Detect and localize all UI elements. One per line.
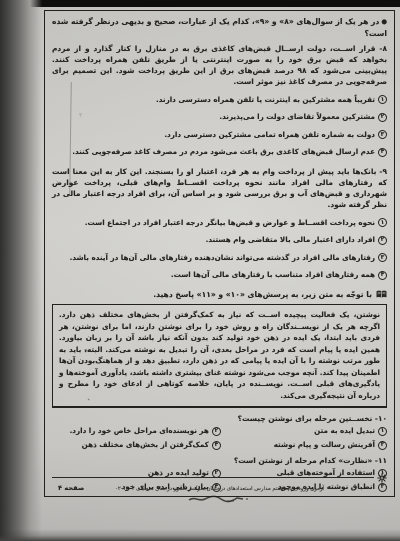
question-9: ۹- بانک‌ها باید پیش از پرداخت وام به هر … (52, 166, 387, 280)
option-text: عدم ارسال قبض‌های کاغذی برق باعث می‌شود … (72, 147, 375, 157)
section-instruction: ●در هر یک از سوال‌های «۸» و «۹»، کدام یک… (52, 16, 387, 39)
option-number-badge: ۱ (378, 427, 387, 436)
question-8-text: ۸- قرار اســت، دولت ارســال قبض‌های کاغذ… (52, 43, 387, 87)
handwritten-scribble (187, 492, 259, 506)
question-11-text: ۱۱- «نظارت» کدام مرحله از نوشتن است؟ (52, 456, 387, 465)
answer-option: ۱ نحوه پرداخت اقســاط و عوارض و قبض‌ها ب… (52, 218, 387, 228)
option-number-badge: ۴ (212, 441, 221, 450)
question-10: ۱۰- نخســتین مرحله برای نوشتن چیست؟ ۱ تب… (52, 414, 387, 450)
answer-option: ۳ رفتارهای مالی افراد در گذشته می‌تواند … (52, 253, 387, 263)
page-number: صفحه ۴ (58, 484, 84, 492)
answer-option: ۲ افراد دارای اعتبار مالی بالا متقاضی وا… (52, 235, 387, 245)
option-text: رفتارهای مالی افراد در گذشته می‌تواند نش… (70, 253, 375, 263)
option-text: همه رفتارهای افراد متناسب با رفتارهای ما… (171, 270, 375, 280)
scan-artifact-mark: ۲ (79, 112, 82, 119)
scanned-exam-page: ●در هر یک از سوال‌های «۸» و «۹»، کدام یک… (0, 0, 400, 541)
scan-left-edge (0, 0, 42, 541)
scan-artifact-mark: ٭ (87, 396, 90, 403)
option-number-badge: ۳ (378, 253, 387, 262)
option-number-badge: ۱ (378, 218, 387, 227)
answer-option: ۴ همه رفتارهای افراد متناسب با رفتارهای … (52, 270, 387, 280)
answer-option: ۴ کمک‌گرفتن از بخش‌های مختلف ذهن (50, 440, 221, 450)
option-number-badge: ۳ (378, 130, 387, 139)
footer-rule (52, 473, 387, 483)
question-9-text: ۹- بانک‌ها باید پیش از پرداخت وام به هر … (52, 166, 387, 210)
option-number-badge: ۴ (378, 271, 387, 280)
option-number-badge: ۲ (212, 427, 221, 436)
option-text: دولت به شماره تلفن همراه تمامی مشترکین د… (164, 130, 375, 140)
option-text: نحوه پرداخت اقســاط و عوارض و قبض‌ها بیا… (85, 218, 375, 228)
question-10-text: ۱۰- نخســتین مرحله برای نوشتن چیست؟ (52, 414, 387, 423)
option-text: آفرینش رسالت و پیام نوشته (274, 440, 375, 450)
option-number-badge: ۲ (378, 113, 387, 122)
question-9-options: ۱ نحوه پرداخت اقســاط و عوارض و قبض‌ها ب… (52, 218, 387, 281)
answer-option: ۲ هر نویسنده‌ای مراحل خاص خود را دارد. (50, 426, 221, 436)
footer-ornament-icon (377, 473, 387, 483)
option-text: مشترکین معمولاً تقاضای دولت را می‌پذیرند… (219, 112, 375, 122)
passage-instruction-text: با توجّه به متن زیر، به پرسش‌های «۱۰» و … (153, 290, 372, 299)
passage-instruction: با توجّه به متن زیر، به پرسش‌های «۱۰» و … (52, 290, 387, 299)
footer-divider (52, 477, 374, 478)
scan-top-edge (0, 0, 400, 7)
option-number-badge: ۳ (378, 441, 387, 450)
answer-option: ۳ دولت به شماره تلفن همراه تمامی مشترکین… (52, 130, 387, 140)
answer-option: ۱ تقریباً همه مشترکین به اینترنت یا تلفن… (52, 95, 387, 105)
book-icon (376, 290, 387, 299)
section-instruction-text: در هر یک از سوال‌های «۸» و «۹»، کدام یک … (52, 17, 387, 38)
option-text: تبدیل ایده به متن (314, 426, 375, 436)
question-8-options: ۱ تقریباً همه مشترکین به اینترنت یا تلفن… (52, 95, 387, 158)
option-text: تقریباً همه مشترکین به اینترنت یا تلفن ه… (156, 95, 375, 105)
answer-option: ۳ آفرینش رسالت و پیام نوشته (223, 440, 387, 450)
option-text: کمک‌گرفتن از بخش‌های مختلف ذهن (82, 440, 209, 450)
option-text: هر نویسنده‌ای مراحل خاص خود را دارد. (70, 426, 209, 436)
option-number-badge: ۴ (378, 148, 387, 157)
page-border-box: ●در هر یک از سوال‌های «۸» و «۹»، کدام یک… (44, 10, 395, 497)
option-number-badge: ۲ (378, 236, 387, 245)
option-number-badge: ۱ (378, 95, 387, 104)
scan-bottom-edge (0, 529, 400, 541)
bullet-icon: ● (381, 17, 387, 28)
scan-artifact-mark: ۴ (84, 348, 87, 355)
option-text: افراد دارای اعتبار مالی بالا متقاضی وام … (206, 235, 375, 245)
answer-option: ۱ تبدیل ایده به متن (223, 426, 387, 436)
question-10-options: ۱ تبدیل ایده به متن ۲ هر نویسنده‌ای مراح… (52, 426, 387, 450)
question-8: ۸- قرار اســت، دولت ارســال قبض‌های کاغذ… (52, 43, 387, 157)
answer-option: ۲ مشترکین معمولاً تقاضای دولت را می‌پذیر… (52, 112, 387, 122)
answer-option: ۴ عدم ارسال قبض‌های کاغذی برق باعث می‌شو… (52, 147, 387, 157)
reading-passage: نوشتن، یک فعالیت پیچیده اســت که نیاز به… (52, 304, 387, 408)
